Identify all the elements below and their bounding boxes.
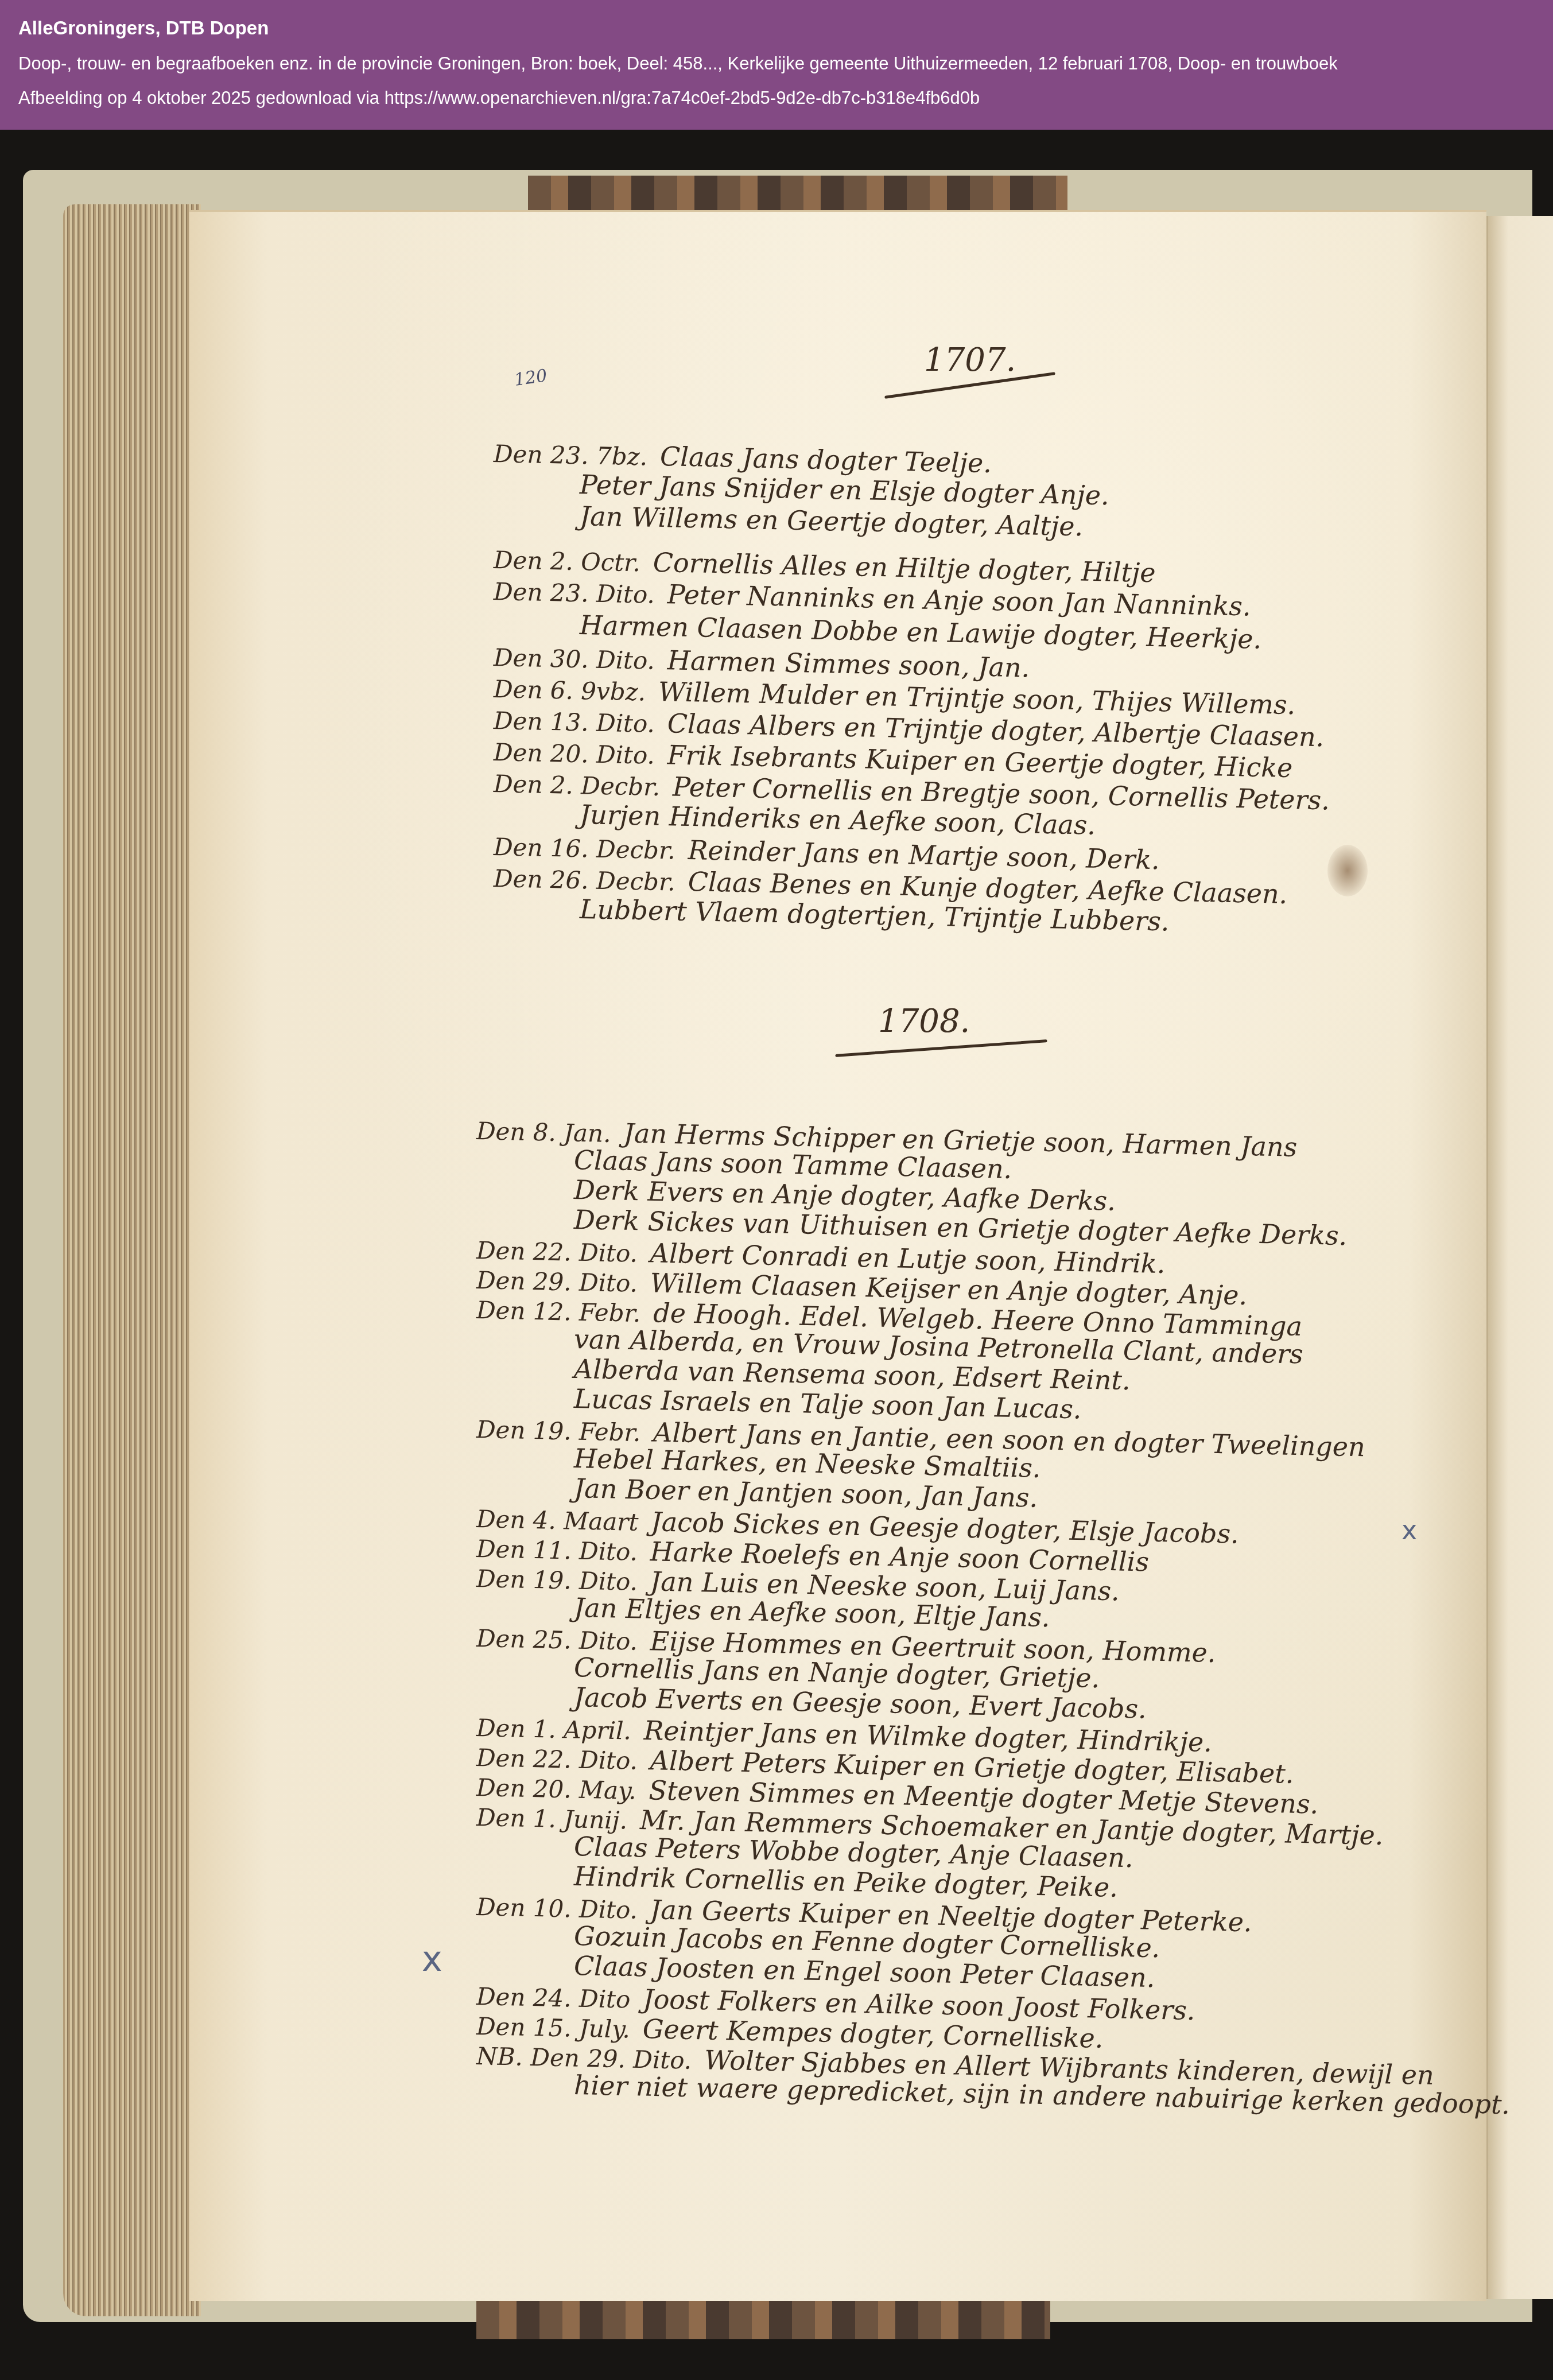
margin-mark-x: x: [422, 1939, 442, 1979]
folio-number: 120: [513, 366, 549, 390]
year-heading-1708: 1708.: [878, 1003, 970, 1040]
margin-mark-x: x: [1401, 1515, 1417, 1546]
entry-date: Den 2. Octr.: [493, 544, 640, 579]
entry-date: Den 13. Dito.: [493, 705, 655, 740]
entry-date: Den 23. Dito.: [493, 576, 655, 611]
ink-stain: [1327, 845, 1368, 896]
facing-page-edge: [1486, 216, 1553, 2299]
collection-title: AlleGroningers, DTB Dopen: [18, 15, 1535, 41]
source-description: Doop-, trouw- en begraafboeken enz. in d…: [18, 51, 1535, 77]
entry-date: Den 2. Decbr.: [493, 768, 660, 803]
year-heading-1707: 1707.: [924, 341, 1016, 379]
download-attribution: Afbeelding op 4 oktober 2025 gedownload …: [18, 85, 1535, 111]
entry-date: Den 23. 7bz.: [493, 438, 647, 473]
year-underline: [835, 1039, 1047, 1057]
manuscript-page: 120 1707. 1708. Den 23. 7bz.Claas Jans d…: [189, 210, 1486, 2301]
entry-date: Den 20. Dito.: [493, 736, 655, 772]
manuscript-scan: 120 1707. 1708. Den 23. 7bz.Claas Jans d…: [0, 130, 1553, 2380]
entry-date: Den 6. 9vbz.: [493, 673, 646, 709]
entry-date: Den 30. Dito.: [493, 642, 655, 677]
page-edges: [63, 204, 201, 2316]
book-headband-bottom: [476, 2299, 1050, 2339]
archive-header-banner: AlleGroningers, DTB Dopen Doop-, trouw- …: [0, 0, 1553, 130]
